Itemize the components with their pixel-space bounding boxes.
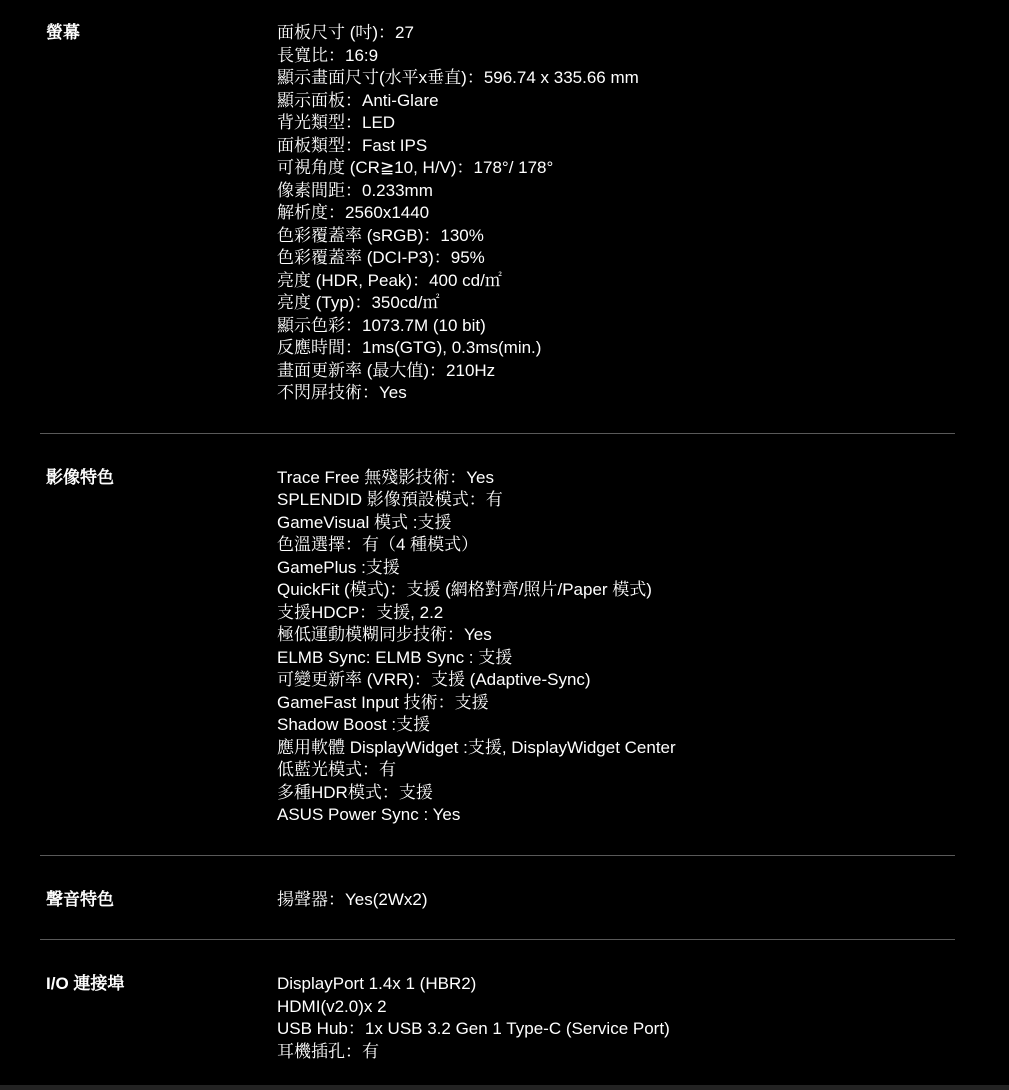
spec-row: ASUS Power Sync : Yes [277, 804, 955, 827]
spec-row: 背光類型：LED [277, 112, 955, 135]
spec-row: 像素間距：0.233mm [277, 180, 955, 203]
spec-row: 可變更新率 (VRR)：支援 (Adaptive-Sync) [277, 669, 955, 692]
section-label: 聲音特色 [46, 889, 277, 912]
section-rows: 面板尺寸 (吋)：27長寬比：16:9顯示畫面尺寸(水平x垂直)：596.74 … [277, 22, 955, 405]
section-rows: DisplayPort 1.4x 1 (HBR2)HDMI(v2.0)x 2US… [277, 973, 955, 1063]
spec-row: 亮度 (Typ)：350cd/㎡ [277, 292, 955, 315]
section-label: 影像特色 [46, 467, 277, 490]
spec-row: 極低運動模糊同步技術：Yes [277, 624, 955, 647]
spec-section: 聲音特色揚聲器：Yes(2Wx2) [0, 856, 1009, 940]
spec-row: Shadow Boost :支援 [277, 714, 955, 737]
spec-row: 畫面更新率 (最大值)：210Hz [277, 360, 955, 383]
section-rows: Trace Free 無殘影技術：YesSPLENDID 影像預設模式：有Gam… [277, 467, 955, 827]
spec-row: DisplayPort 1.4x 1 (HBR2) [277, 973, 955, 996]
spec-row: HDMI(v2.0)x 2 [277, 996, 955, 1019]
spec-row: ELMB Sync: ELMB Sync : 支援 [277, 647, 955, 670]
spec-row: 應用軟體 DisplayWidget :支援, DisplayWidget Ce… [277, 737, 955, 760]
spec-section: 螢幕面板尺寸 (吋)：27長寬比：16:9顯示畫面尺寸(水平x垂直)：596.7… [0, 0, 1009, 433]
spec-section: 影像特色Trace Free 無殘影技術：YesSPLENDID 影像預設模式：… [0, 434, 1009, 855]
spec-row: QuickFit (模式)：支援 (網格對齊/照片/Paper 模式) [277, 579, 955, 602]
spec-row: 低藍光模式：有 [277, 759, 955, 782]
spec-row: 色彩覆蓋率 (sRGB)：130% [277, 225, 955, 248]
spec-row: 色彩覆蓋率 (DCI-P3)：95% [277, 247, 955, 270]
spec-row: 顯示面板：Anti-Glare [277, 90, 955, 113]
spec-row: 顯示畫面尺寸(水平x垂直)：596.74 x 335.66 mm [277, 67, 955, 90]
spec-row: 面板類型：Fast IPS [277, 135, 955, 158]
spec-table: 螢幕面板尺寸 (吋)：27長寬比：16:9顯示畫面尺寸(水平x垂直)：596.7… [0, 0, 1009, 1090]
spec-row: 支援HDCP：支援, 2.2 [277, 602, 955, 625]
spec-row: 色溫選擇：有（4 種模式） [277, 534, 955, 557]
spec-row: USB Hub：1x USB 3.2 Gen 1 Type-C (Service… [277, 1018, 955, 1041]
spec-row: 多種HDR模式：支援 [277, 782, 955, 805]
next-section-edge [0, 1085, 1009, 1090]
spec-row: 顯示色彩：1073.7M (10 bit) [277, 315, 955, 338]
section-label: 螢幕 [46, 22, 277, 45]
section-rows: 揚聲器：Yes(2Wx2) [277, 889, 955, 912]
spec-row: 不閃屏技術：Yes [277, 382, 955, 405]
spec-row: SPLENDID 影像預設模式：有 [277, 489, 955, 512]
spec-row: GamePlus :支援 [277, 557, 955, 580]
spec-row: Trace Free 無殘影技術：Yes [277, 467, 955, 490]
spec-row: 可視角度 (CR≧10, H/V)：178°/ 178° [277, 157, 955, 180]
spec-row: GameVisual 模式 :支援 [277, 512, 955, 535]
spec-row: GameFast Input 技術：支援 [277, 692, 955, 715]
spec-row: 揚聲器：Yes(2Wx2) [277, 889, 955, 912]
spec-row: 面板尺寸 (吋)：27 [277, 22, 955, 45]
section-label: I/O 連接埠 [46, 973, 277, 996]
spec-section: I/O 連接埠DisplayPort 1.4x 1 (HBR2)HDMI(v2.… [0, 940, 1009, 1090]
spec-row: 長寬比：16:9 [277, 45, 955, 68]
spec-row: 耳機插孔：有 [277, 1041, 955, 1064]
spec-row: 解析度：2560x1440 [277, 202, 955, 225]
spec-row: 反應時間：1ms(GTG), 0.3ms(min.) [277, 337, 955, 360]
spec-row: 亮度 (HDR, Peak)：400 cd/㎡ [277, 270, 955, 293]
